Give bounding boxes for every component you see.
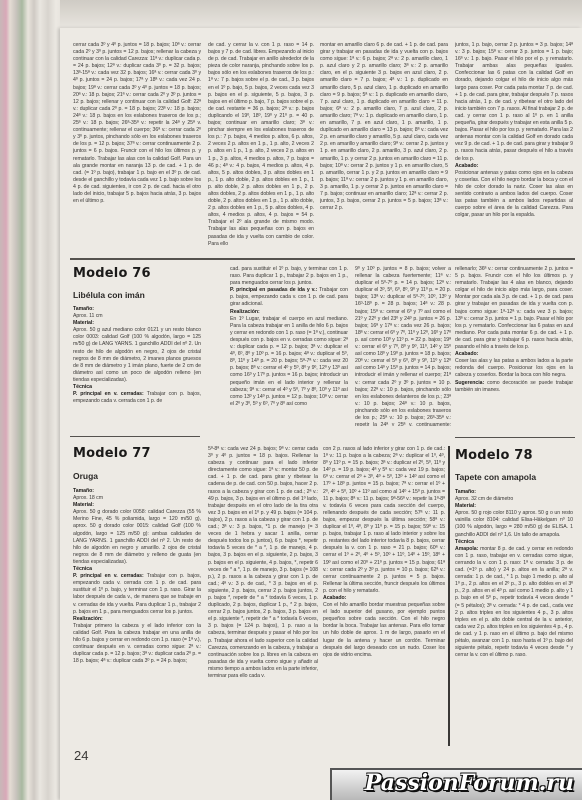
modelo-78-col: Tamaño: Aprox. 32 cm de diámetro Materia…: [455, 489, 573, 729]
modelo-78-material-label: Material:: [455, 503, 476, 509]
modelo-77-tecnica-bold: P. principal en v. cerradas:: [73, 573, 144, 579]
top-col-3: montar en amarillo claro 6 p. de cad. + …: [320, 42, 448, 254]
modelo-77-acabado-label: Acabado:: [323, 595, 346, 601]
modelo-78-tecnica: montar 8 p. de cad. y cerrar en redondo …: [455, 546, 573, 658]
watermark-banner: PassionForum.ru: [330, 768, 582, 800]
modelo-77-tecnica-label: Técnica: [73, 566, 92, 572]
modelo-78-tamano: Aprox. 32 cm de diámetro: [455, 496, 573, 503]
modelo-76-title: Modelo 76: [73, 266, 151, 281]
modelo-77-tamano: Aprox. 18 cm: [73, 495, 201, 502]
top-col-4: juntos, 1 p. bajo, cerrar 2 p. juntos = …: [455, 42, 573, 254]
column-rule-78: [448, 446, 450, 746]
modelo-76-acabado-label: Acabado:: [455, 351, 478, 357]
top-col-1: cerrar cada 3º y 4º p. juntos = 18 p. ba…: [73, 42, 201, 254]
modelo-76-col2-intro: cad. para sustituir el 1º p. bajo, y ter…: [230, 266, 348, 287]
modelo-76-col4-text: rellenarlo; 36ª v.: cerrar continuamente…: [455, 266, 573, 351]
section-divider-76: [70, 436, 200, 437]
top-col-2: de cad. y cerrar la v. con 1 p. raso = 1…: [208, 42, 314, 254]
modelo-78-title: Modelo 78: [455, 448, 533, 463]
modelo-76-subtitle: Libélula con imán: [73, 290, 145, 300]
modelo-76-tecnica-label: Técnica: [73, 384, 92, 390]
modelo-76-col-2: cad. para sustituir el 1º p. bajo, y ter…: [230, 266, 348, 426]
modelo-77-material: Aprox. 50 g dorado color 0058: calidad C…: [73, 509, 201, 566]
modelo-76-tamano: Aprox. 11 cm: [73, 313, 201, 320]
modelo-76-col3-text: 9º y 10º p. juntos = 8 p. bajos; volver …: [355, 266, 451, 426]
modelo-76-col2-bold: P. principal en pasadas de ida y v.:: [230, 287, 317, 293]
modelo-76-tamano-label: Tamaño:: [73, 306, 94, 312]
page-top-shadow: [60, 0, 582, 28]
modelo-77-col-1: Tamaño: Aprox. 18 cm Material: Aprox. 50…: [73, 488, 201, 738]
section-divider-top: [70, 258, 575, 260]
modelo-76-col-3: 9º y 10º p. juntos = 8 p. bajos; volver …: [355, 266, 451, 426]
top-col-4-text: juntos, 1 p. bajo, cerrar 2 p. juntos = …: [455, 42, 573, 163]
modelo-76-sugerencia-label: Sugerencia:: [455, 380, 484, 386]
modelo-76-acabado: Coser las alas y las patas a ambos lados…: [455, 358, 573, 379]
modelo-77-tecnica: Trabajar con p. bajos, empezando cada v.…: [73, 573, 201, 614]
modelo-76-col-1: Tamaño: Aprox. 11 cm Material: Aprox. 50…: [73, 306, 201, 426]
modelo-77-title: Modelo 77: [73, 446, 151, 461]
modelo-76-col-4: rellenarlo; 36ª v.: cerrar continuamente…: [455, 266, 573, 426]
modelo-76-realizacion: En 1º Lugar, trabajar el cuerpo en azul …: [230, 316, 348, 408]
modelo-76-material: Aprox. 50 g azul mediano color 0121 y un…: [73, 327, 201, 384]
modelo-78-tamano-label: Tamaño:: [455, 489, 476, 495]
modelo-76-tecnica-bold: P. principal en v. cerradas:: [73, 391, 144, 397]
modelo-77-realizacion-label: Realización:: [73, 616, 103, 622]
modelo-77-material-label: Material:: [73, 502, 94, 508]
modelo-77-acabado: Con el hilo amarillo bordar muestras peq…: [323, 602, 445, 659]
page-number: 24: [74, 748, 88, 763]
modelo-78-tecnica-label: Técnica: [455, 539, 474, 545]
modelo-78-tecnica-bold: Amapola:: [455, 546, 478, 552]
modelo-77-col-2: 5ª-8ª v.: cada vez 24 p. bajos; 9ª v.: c…: [208, 446, 318, 731]
top-col-2-text: de cad. y cerrar la v. con 1 p. raso = 1…: [208, 42, 314, 248]
section-divider-76-right: [455, 437, 575, 438]
modelo-76-realizacion-label: Realización:: [230, 309, 260, 315]
modelo-77-subtitle: Oruga: [73, 471, 98, 481]
watermark-text: PassionForum.ru: [365, 770, 574, 796]
modelo-78-subtitle: Tapete con amapola: [455, 472, 536, 482]
modelo-77-col2-text: 5ª-8ª v.: cada vez 24 p. bajos; 9ª v.: c…: [208, 446, 318, 680]
modelo-78-material: Aprox. 50 g rojo color 8110 y aprox. 50 …: [455, 510, 573, 538]
magazine-page-edges: [0, 0, 64, 800]
top-acabado-text: Posicionar antenas y patas como ojos en …: [455, 170, 573, 220]
top-acabado-label: Acabado:: [455, 163, 478, 169]
top-col-3-text: montar en amarillo claro 6 p. de cad. + …: [320, 42, 448, 212]
top-col-1-text: cerrar cada 3º y 4º p. juntos = 18 p. ba…: [73, 42, 201, 205]
modelo-77-tamano-label: Tamaño:: [73, 488, 94, 494]
modelo-77-col3-text: con 2 p. rasos al lado inferior y girar …: [323, 446, 445, 595]
modelo-76-material-label: Material:: [73, 320, 94, 326]
modelo-77-realizacion: Trabajar primero la cabeza y el lado inf…: [73, 623, 201, 666]
modelo-77-col-3: con 2 p. rasos al lado inferior y girar …: [323, 446, 445, 731]
